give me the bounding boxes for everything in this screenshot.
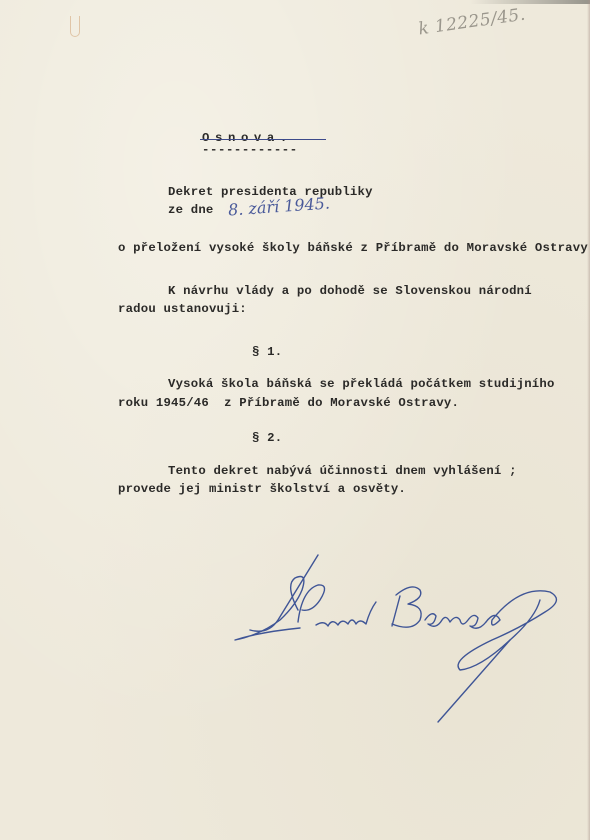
decree-subject: o přeložení vysoké školy báňské z Příbra… [118, 241, 590, 255]
decree-heading-date-prefix: ze dne [168, 203, 213, 217]
section-1-label: § 1. [252, 345, 282, 359]
section-2-line2: provede jej ministr školství a osvěty. [118, 482, 406, 496]
preamble-line2: radou ustanovuji: [118, 302, 247, 316]
archive-reference-note: k 12225/45. [417, 5, 527, 40]
scan-shadow [470, 0, 590, 4]
section-1-line1: Vysoká škola báňská se překládá počátkem… [168, 377, 555, 391]
section-1-line2: roku 1945/46 z Příbramě do Moravské Ostr… [118, 396, 459, 410]
signature [220, 540, 570, 740]
title-underline: ------------ [202, 143, 298, 157]
preamble-line1: K návrhu vlády a po dohodě se Slovenskou… [168, 284, 532, 298]
section-2-label: § 2. [252, 431, 282, 445]
section-2-line1: Tento dekret nabývá účinnosti dnem vyhlá… [168, 464, 517, 478]
document-page: k 12225/45. Osnova. ------------ Dekret … [0, 0, 590, 840]
title-strikethrough [200, 139, 326, 140]
paperclip-mark [70, 16, 80, 37]
